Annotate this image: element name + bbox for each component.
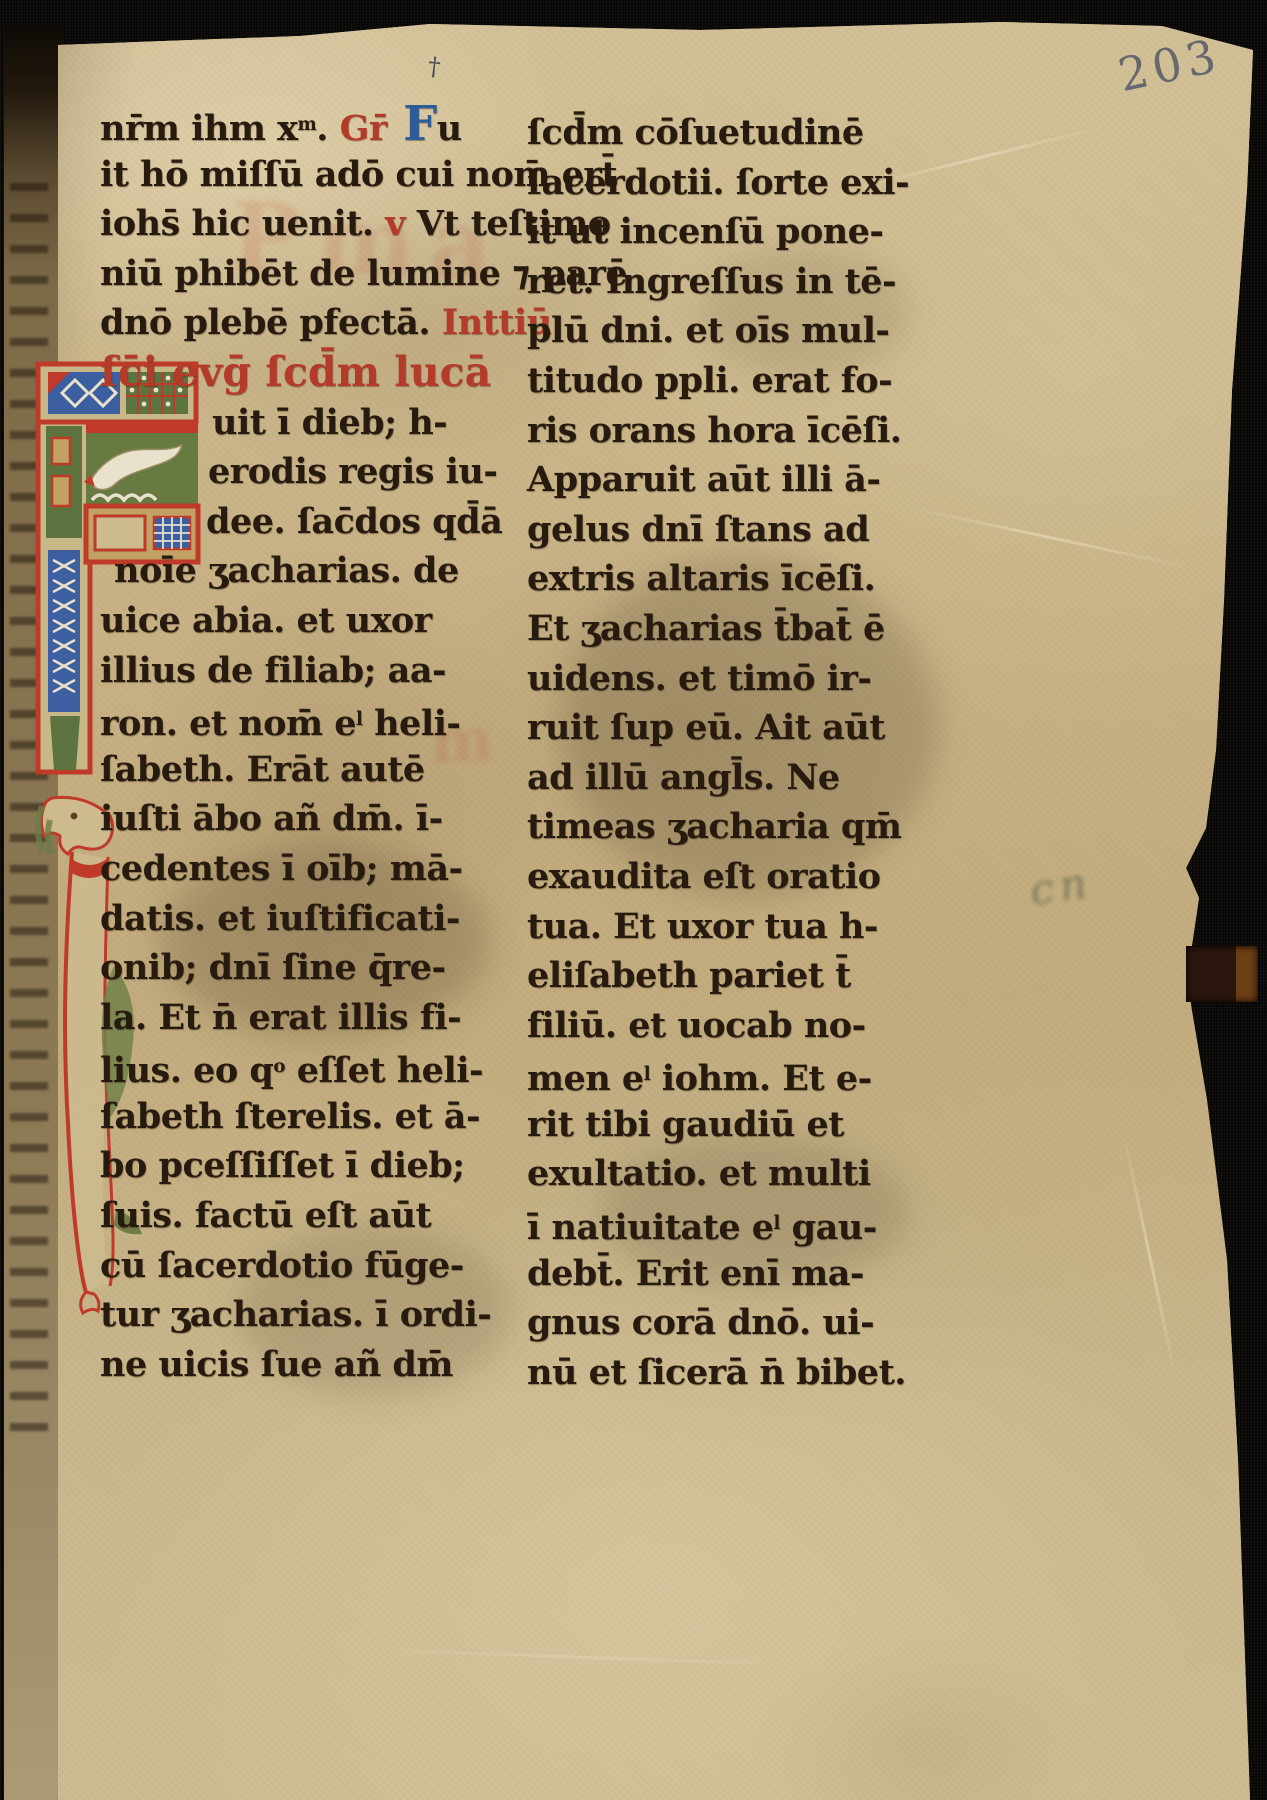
text-segment: ne uicis ſue añ dm̄: [100, 1344, 453, 1385]
manuscript-line: ſacerdotii. ſorte exi-: [527, 158, 967, 208]
text-segment: gelus dnī ſtans ad: [527, 509, 869, 550]
text-segment: Gr̄: [340, 108, 387, 149]
manuscript-line: ruit ſup eū. Ait aūt: [527, 703, 967, 753]
manuscript-line: iohs̄ hic uenit. v Vt teſtimo: [100, 199, 540, 249]
text-segment: F: [387, 96, 437, 152]
manuscript-line: titudo ppli. erat fo-: [527, 356, 967, 406]
manuscript-line: uit ī dieb; h-: [100, 398, 540, 448]
text-segment: tua. Et uxor tua h-: [527, 906, 878, 947]
manuscript-line: gelus dnī ſtans ad: [527, 505, 967, 555]
descender-claw: [81, 1292, 99, 1313]
text-segment: iuſti ābo añ dm̄. ī-: [100, 798, 443, 839]
manuscript-line: nr̄m ihm xm. Gr̄ Fu: [100, 100, 540, 150]
manuscript-line: cedentes ī oīb; mā-: [100, 844, 540, 894]
text-segment: u: [437, 108, 462, 149]
edge-ink-smudge: cn: [1027, 858, 1096, 915]
text-segment: plū dni. et oīs mul-: [527, 310, 889, 351]
text-segment: datis. et iuſtificati-: [100, 898, 460, 939]
text-segment: eſſet heli-: [285, 1050, 483, 1091]
stem-gold-cell: [52, 476, 70, 506]
leather-tab: [1186, 946, 1258, 1002]
manuscript-photo: Pma m 203 † cn F: [0, 0, 1267, 1800]
manuscript-line: eliſabeth pariet t̄: [527, 951, 967, 1001]
text-segment: v: [385, 203, 417, 244]
manuscript-line: noīe ʒacharias. de: [100, 546, 540, 596]
text-segment: gau-: [780, 1207, 877, 1248]
text-segment: ron. et nom̄ e: [100, 703, 356, 744]
manuscript-line: exaudita eſt oratio: [527, 852, 967, 902]
text-segment: ris orans hora īcēſi.: [527, 410, 901, 451]
text-segment: uidens. et timō ir-: [527, 658, 871, 699]
text-segment: niū phibēt de lumine: [100, 253, 512, 294]
manuscript-line: ret. Ingreſſus in tē-: [527, 257, 967, 307]
manuscript-line: dnō plebē pfectā. Inttiū: [100, 298, 540, 348]
right-text-column: ſcd̄m cōſuetudinēſacerdotii. ſorte exi-i…: [527, 108, 967, 1397]
stem-gold-cell: [52, 438, 70, 464]
manuscript-line: lius. eo qo eſſet heli-: [100, 1042, 540, 1092]
manuscript-line: timeas ʒacharia qm̄: [527, 802, 967, 852]
text-segment: la. Et n̄ erat illis fi-: [100, 997, 461, 1038]
text-segment: filiū. et uocab no-: [527, 1005, 866, 1046]
text-segment: m: [297, 114, 316, 135]
manuscript-line: ſc̄i evḡ ſcd̄m lucā: [100, 348, 540, 398]
text-segment: .: [316, 108, 339, 149]
text-segment: ruit ſup eū. Ait aūt: [527, 707, 885, 748]
text-segment: tur ʒacharias. ī ordi-: [100, 1294, 491, 1335]
manuscript-line: tua. Et uxor tua h-: [527, 902, 967, 952]
text-segment: debt̄. Erit enī ma-: [527, 1253, 864, 1294]
text-segment: extris altaris īcēſi.: [527, 558, 875, 599]
text-segment: onib; dnī ſine q̄re-: [100, 947, 446, 988]
manuscript-line: erodis regis iu-: [100, 447, 540, 497]
text-segment: heli-: [362, 703, 460, 744]
text-segment: Apparuit aūt illi ā-: [527, 459, 880, 500]
manuscript-line: exultatio. et multi: [527, 1149, 967, 1199]
manuscript-line: filiū. et uocab no-: [527, 1001, 967, 1051]
parchment-wrinkle: [340, 1647, 840, 1667]
text-segment: iohs̄ hic uenit.: [100, 203, 385, 244]
manuscript-line: plū dni. et oīs mul-: [527, 306, 967, 356]
text-segment: eliſabeth pariet t̄: [527, 955, 851, 996]
beast-eye: [71, 813, 78, 820]
text-segment: rit tibi gaudiū et: [527, 1104, 844, 1145]
manuscript-line: debt̄. Erit enī ma-: [527, 1249, 967, 1299]
text-segment: ſacerdotii. ſorte exi-: [527, 162, 909, 203]
manuscript-line: ſabeth. Erāt autē: [100, 745, 540, 795]
manuscript-line: dee. ſac̄dos qd̄ā: [100, 497, 540, 547]
text-segment: erodis regis iu-: [208, 451, 497, 492]
manuscript-line: men el iohm. Et e-: [527, 1050, 967, 1100]
manuscript-line: nū et ſicerā n̄ bibet.: [527, 1348, 967, 1398]
text-segment: uit ī dieb; h-: [212, 402, 447, 443]
manuscript-line: it ut incenſū pone-: [527, 207, 967, 257]
text-segment: noīe ʒacharias. de: [114, 550, 459, 591]
manuscript-line: la. Et n̄ erat illis fi-: [100, 993, 540, 1043]
manuscript-line: rit tibi gaudiū et: [527, 1100, 967, 1150]
manuscript-line: onib; dnī ſine q̄re-: [100, 943, 540, 993]
text-segment: cū ſacerdotio fūge-: [100, 1245, 464, 1286]
text-segment: lius. eo q: [100, 1050, 273, 1091]
text-segment: iohm. Et e-: [650, 1058, 872, 1099]
manuscript-line: ne uicis ſue añ dm̄: [100, 1340, 540, 1390]
text-segment: ī natiuitate e: [527, 1207, 774, 1248]
text-segment: Et ʒacharias t̄bat̄ ē: [527, 608, 885, 649]
text-segment: bo pceſſiſſet ī dieb;: [100, 1145, 465, 1186]
manuscript-line: illius de filiab; aa-: [100, 646, 540, 696]
text-segment: ret. Ingreſſus in tē-: [527, 261, 896, 302]
text-segment: titudo ppli. erat fo-: [527, 360, 892, 401]
text-segment: exultatio. et multi: [527, 1153, 871, 1194]
text-segment: ſuis. factū eſt aūt: [100, 1195, 431, 1236]
text-segment: dnō plebē pfectā.: [100, 302, 442, 343]
text-segment: cedentes ī oīb; mā-: [100, 848, 463, 889]
left-text-column: nr̄m ihm xm. Gr̄ Fuit hō miſſū adō cui n…: [100, 100, 540, 1389]
text-segment: ſcd̄m cōſuetudinē: [527, 112, 864, 153]
manuscript-line: ſuis. factū eſt aūt: [100, 1191, 540, 1241]
manuscript-line: it hō miſſū adō cui nom̄ ert̄: [100, 150, 540, 200]
manuscript-line: datis. et iuſtificati-: [100, 894, 540, 944]
text-segment: timeas ʒacharia qm̄: [527, 806, 901, 847]
text-segment: ſabeth. Erāt autē: [100, 749, 425, 790]
text-segment: uice abia. et uxor: [100, 600, 432, 641]
manuscript-line: tur ʒacharias. ī ordi-: [100, 1290, 540, 1340]
text-segment: ad illū angl̄s. Ne: [527, 757, 840, 798]
text-segment: nr̄m ihm x: [100, 108, 297, 149]
manuscript-line: ſcd̄m cōſuetudinē: [527, 108, 967, 158]
text-segment: ſc̄i evḡ ſcd̄m lucā: [100, 348, 491, 396]
text-segment: gnus corā dnō. ui-: [527, 1302, 874, 1343]
manuscript-line: uice abia. et uxor: [100, 596, 540, 646]
manuscript-line: extris altaris īcēſi.: [527, 554, 967, 604]
manuscript-line: ron. et nom̄ el heli-: [100, 695, 540, 745]
manuscript-line: iuſti ābo añ dm̄. ī-: [100, 794, 540, 844]
text-segment: o: [273, 1056, 285, 1077]
text-segment: ſabeth ſterelis. et ā-: [100, 1096, 480, 1137]
text-segment: dee. ſac̄dos qd̄ā: [206, 501, 502, 542]
manuscript-line: cū ſacerdotio fūge-: [100, 1241, 540, 1291]
text-segment: nū et ſicerā n̄ bibet.: [527, 1352, 906, 1393]
parchment-wrinkle: [1122, 1130, 1179, 1385]
manuscript-line: bo pceſſiſſet ī dieb;: [100, 1141, 540, 1191]
manuscript-line: niū phibēt de lumine ⁊ parē: [100, 249, 540, 299]
text-segment: it ut incenſū pone-: [527, 211, 883, 252]
text-segment: exaudita eſt oratio: [527, 856, 881, 897]
manuscript-line: ris orans hora īcēſi.: [527, 406, 967, 456]
text-segment: illius de filiab; aa-: [100, 650, 446, 691]
manuscript-line: ſabeth ſterelis. et ā-: [100, 1092, 540, 1142]
manuscript-line: ī natiuitate el gau-: [527, 1199, 967, 1249]
manuscript-line: Apparuit aūt illi ā-: [527, 455, 967, 505]
text-segment: men e: [527, 1058, 644, 1099]
manuscript-line: ad illū angl̄s. Ne: [527, 753, 967, 803]
manuscript-line: gnus corā dnō. ui-: [527, 1298, 967, 1348]
manuscript-line: uidens. et timō ir-: [527, 654, 967, 704]
stem-foot: [50, 716, 80, 770]
manuscript-line: Et ʒacharias t̄bat̄ ē: [527, 604, 967, 654]
